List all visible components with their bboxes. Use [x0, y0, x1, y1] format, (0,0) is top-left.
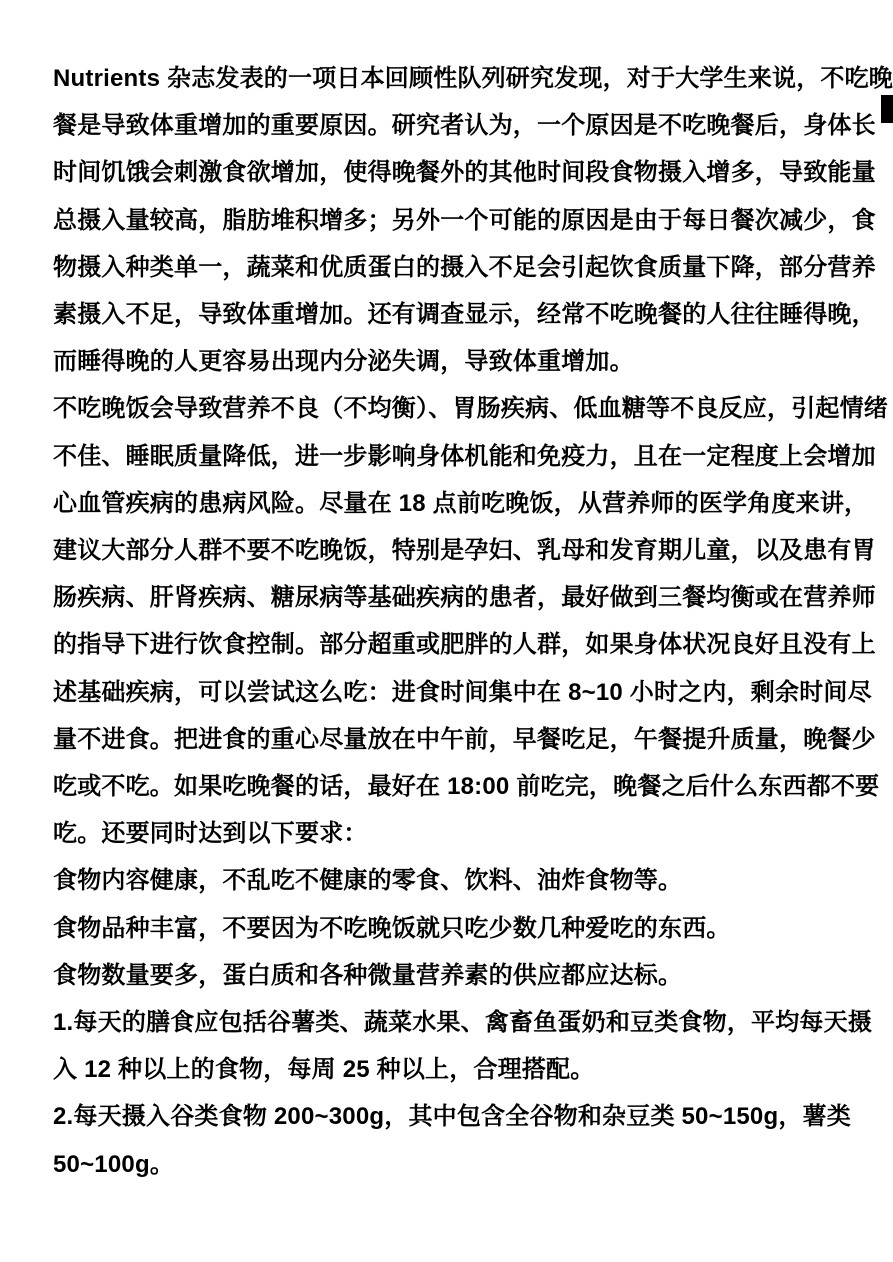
text-line: 1.每天的膳食应包括谷薯类、蔬菜水果、禽畜鱼蛋奶和豆类食物，平均每天摄 [53, 999, 863, 1046]
text-line: 吃或不吃。如果吃晚餐的话，最好在 18:00 前吃完，晚餐之后什么东西都不要 [53, 763, 863, 810]
text-line: 入 12 种以上的食物，每周 25 种以上，合理搭配。 [53, 1046, 863, 1093]
text-line: 2.每天摄入谷类食物 200~300g，其中包含全谷物和杂豆类 50~150g，… [53, 1093, 863, 1140]
text-line: 食物数量要多，蛋白质和各种微量营养素的供应都应达标。 [53, 952, 863, 999]
text-line: 述基础疾病，可以尝试这么吃：进食时间集中在 8~10 小时之内，剩余时间尽 [53, 669, 863, 716]
text-line: 时间饥饿会刺激食欲增加，使得晚餐外的其他时间段食物摄入增多，导致能量 [53, 149, 863, 196]
text-line: 食物内容健康，不乱吃不健康的零食、饮料、油炸食物等。 [53, 857, 863, 904]
text-line: 量不进食。把进食的重心尽量放在中午前，早餐吃足，午餐提升质量，晚餐少 [53, 716, 863, 763]
text-line: 餐是导致体重增加的重要原因。研究者认为，一个原因是不吃晚餐后，身体长 [53, 102, 863, 149]
text-line: 不吃晚饭会导致营养不良（不均衡）、胃肠疾病、低血糖等不良反应，引起情绪 [53, 385, 863, 432]
text-line: 吃。还要同时达到以下要求： [53, 810, 863, 857]
right-edge-mark [881, 95, 893, 123]
text-line: 物摄入种类单一，蔬菜和优质蛋白的摄入不足会引起饮食质量下降，部分营养 [53, 244, 863, 291]
text-line: 建议大部分人群不要不吃晚饭，特别是孕妇、乳母和发育期儿童，以及患有胃 [53, 527, 863, 574]
article-text: Nutrients 杂志发表的一项日本回顾性队列研究发现，对于大学生来说，不吃晚… [53, 55, 863, 1188]
text-line: 不佳、睡眠质量降低，进一步影响身体机能和免疫力，且在一定程度上会增加 [53, 433, 863, 480]
text-line: 肠疾病、肝肾疾病、糖尿病等基础疾病的患者，最好做到三餐均衡或在营养师 [53, 574, 863, 621]
document-page: Nutrients 杂志发表的一项日本回顾性队列研究发现，对于大学生来说，不吃晚… [0, 0, 893, 1262]
text-line: 50~100g。 [53, 1141, 863, 1188]
text-line: 而睡得晚的人更容易出现内分泌失调，导致体重增加。 [53, 338, 863, 385]
text-line: 心血管疾病的患病风险。尽量在 18 点前吃晚饭，从营养师的医学角度来讲， [53, 480, 863, 527]
text-line: 食物品种丰富，不要因为不吃晚饭就只吃少数几种爱吃的东西。 [53, 905, 863, 952]
text-line: 的指导下进行饮食控制。部分超重或肥胖的人群，如果身体状况良好且没有上 [53, 621, 863, 668]
text-line: Nutrients 杂志发表的一项日本回顾性队列研究发现，对于大学生来说，不吃晚 [53, 55, 863, 102]
text-line: 总摄入量较高，脂肪堆积增多；另外一个可能的原因是由于每日餐次减少，食 [53, 197, 863, 244]
text-line: 素摄入不足，导致体重增加。还有调查显示，经常不吃晚餐的人往往睡得晚， [53, 291, 863, 338]
